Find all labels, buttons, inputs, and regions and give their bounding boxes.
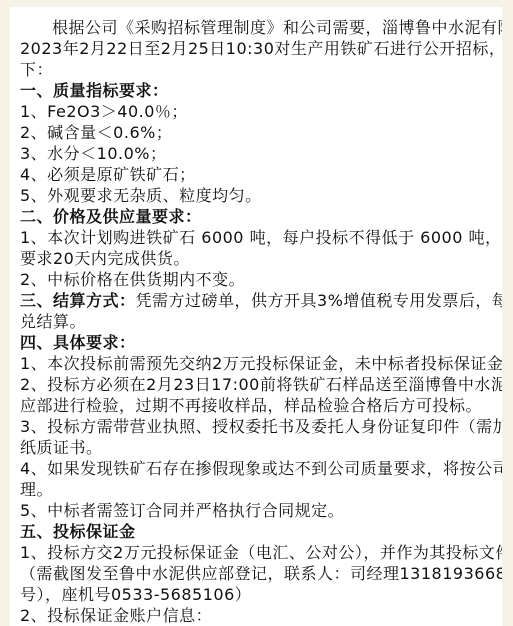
text-run: 3、水分＜10.0%； [20,144,167,163]
text-run: 1、本次计划购进铁矿石 6000 吨，每户投标不得低于 6000 吨， [20,228,501,247]
text-run: 下： [20,60,53,79]
text-line: 理。 [20,479,492,500]
heading-text-run: 一、质量指标要求： [20,81,169,100]
text-line: 5、中标者需签订合同并严格执行合同规定。 [20,500,492,521]
text-line: 一、质量指标要求： [20,80,492,101]
text-line: 五、投标保证金 [20,521,492,542]
text-line: 5、外观要求无杂质、粒度均匀。 [20,185,492,206]
text-run: 纸质证书。 [20,438,103,457]
heading-text-run: 四、具体要求： [20,333,136,352]
text-run: 要求20天内完成供货。 [20,249,190,268]
document-body: 根据公司《采购招标管理制度》和公司需要，淄博鲁中水泥有限公司定于2023年2月2… [10,7,502,626]
text-run: 2、碱含量＜0.6%； [20,123,172,142]
text-line: 1、本次投标前需预先交纳2万元投标保证金，未中标者投标保证金返还。 [20,353,492,374]
text-run: 2、中标价格在供货期内不变。 [20,270,245,289]
text-line: 三、结算方式：凭需方过磅单，供方开具3%增值税专用发票后，每批次银行承 [20,290,492,311]
text-run: 1、Fe2O3＞40.0％； [20,102,188,121]
text-line: 兑结算。 [20,311,492,332]
text-run: 5、中标者需签订合同并严格执行合同规定。 [20,501,344,520]
text-line: （需截图发至鲁中水泥供应部登记，联系人：司经理13181936680（微信同 [20,563,492,584]
text-run: 3、投标方需带营业执照、授权委托书及委托人身份证复印件（需加盖公章）等 [20,417,502,436]
text-run: 兑结算。 [20,312,86,331]
text-run: 1、投标方交2万元投标保证金（电汇、公对公），并作为其投标文件的一部分 [20,543,502,562]
text-line: 1、本次计划购进铁矿石 6000 吨，每户投标不得低于 6000 吨， [20,227,492,248]
text-line: 2、中标价格在供货期内不变。 [20,269,492,290]
heading-text-run: 五、投标保证金 [20,522,136,541]
text-run: 凭需方过磅单，供方开具3%增值税专用发票后，每批次银行承 [136,291,502,310]
text-line: 二、价格及供应量要求： [20,206,492,227]
text-run: 5、外观要求无杂质、粒度均匀。 [20,186,262,205]
text-line: 2、投标方必须在2月23日17:00前将铁矿石样品送至淄博鲁中水泥有限公司供 [20,374,492,395]
text-line: 号），座机号0533-5685106） [20,584,492,605]
heading-text-run: 三、结算方式： [20,291,136,310]
text-run: 号），座机号0533-5685106） [20,585,251,604]
text-line: 2、碱含量＜0.6%； [20,122,492,143]
text-run: 2、投标保证金账户信息： [20,606,212,625]
text-run: 2023年2月22日至2月25日10:30对生产用铁矿石进行公开招标，具体项目如 [20,39,502,58]
text-line: 2023年2月22日至2月25日10:30对生产用铁矿石进行公开招标，具体项目如 [20,38,492,59]
text-line: 3、水分＜10.0%； [20,143,492,164]
text-line: 4、如果发现铁矿石存在掺假现象或达不到公司质量要求，将按公司制度进行处 [20,458,492,479]
text-run: 4、如果发现铁矿石存在掺假现象或达不到公司质量要求，将按公司制度进行处 [20,459,502,478]
text-run: 根据公司《采购招标管理制度》和公司需要，淄博鲁中水泥有限公司定于 [52,18,502,37]
text-run: 应部进行检验，过期不再接收样品，样品检验合格后方可投标。 [20,396,482,415]
text-run: 1、本次投标前需预先交纳2万元投标保证金，未中标者投标保证金返还。 [20,354,502,373]
text-run: 2、投标方必须在2月23日17:00前将铁矿石样品送至淄博鲁中水泥有限公司供 [20,375,502,394]
text-line: 4、必须是原矿铁矿石； [20,164,492,185]
text-line: 纸质证书。 [20,437,492,458]
text-line: 2、投标保证金账户信息： [20,605,492,626]
text-line: 3、投标方需带营业执照、授权委托书及委托人身份证复印件（需加盖公章）等 [20,416,492,437]
text-line: 1、Fe2O3＞40.0％； [20,101,492,122]
text-line: 应部进行检验，过期不再接收样品，样品检验合格后方可投标。 [20,395,492,416]
text-line: 四、具体要求： [20,332,492,353]
document-page: 根据公司《采购招标管理制度》和公司需要，淄博鲁中水泥有限公司定于2023年2月2… [0,0,513,626]
text-line: 1、投标方交2万元投标保证金（电汇、公对公），并作为其投标文件的一部分 [20,542,492,563]
text-run: 4、必须是原矿铁矿石； [20,165,196,184]
text-line: 要求20天内完成供货。 [20,248,492,269]
text-run: （需截图发至鲁中水泥供应部登记，联系人：司经理13181936680（微信同 [20,564,502,583]
heading-text-run: 二、价格及供应量要求： [20,207,202,226]
text-line: 下： [20,59,492,80]
text-line: 根据公司《采购招标管理制度》和公司需要，淄博鲁中水泥有限公司定于 [20,17,492,38]
text-run: 理。 [20,480,53,499]
